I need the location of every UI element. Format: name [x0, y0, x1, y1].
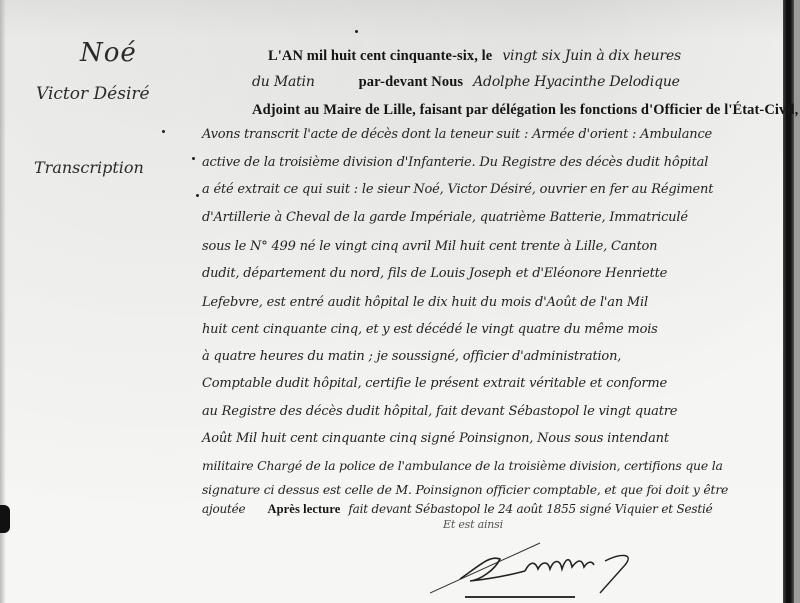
line-4: Avons transcrit l'acte de décès dont la …: [202, 127, 712, 142]
line-8: sous le N° 499 né le vingt cinq avril Mi…: [202, 239, 657, 254]
handwritten-text: du Matin: [252, 74, 315, 90]
binding-edge: [783, 0, 794, 603]
printed-text: par-devant Nous: [359, 74, 464, 90]
ink-speck: [162, 130, 165, 133]
margin-surname: Noé: [80, 38, 137, 68]
handwritten-text: vingt six Juin à dix heures: [502, 48, 681, 64]
line-13: Comptable dudit hôpital, certifie le pré…: [202, 376, 667, 391]
margin-annotation: Transcription: [34, 158, 144, 177]
line-11: huit cent cinquante cinq, et y est décéd…: [202, 322, 658, 337]
margin-given-names: Victor Désiré: [36, 84, 150, 104]
line-6: a été extrait ce qui suit : le sieur Noé…: [202, 182, 713, 197]
line-9: dudit, département du nord, fils de Loui…: [202, 266, 667, 281]
line-12: à quatre heures du matin ; je soussigné,…: [202, 349, 621, 364]
handwritten-text: ajoutée: [202, 502, 245, 516]
ink-blot: [0, 505, 10, 533]
ink-speck: [192, 157, 195, 160]
line-17: signature ci dessus est celle de M. Poin…: [202, 482, 728, 497]
page-margin-right: [794, 0, 800, 603]
printed-text: Après lecture: [267, 502, 340, 516]
line-19: Et est ainsi: [443, 518, 503, 531]
ink-speck: [355, 30, 358, 33]
line-18: ajoutée Après lecture fait devant Sébast…: [202, 500, 713, 518]
line-14: au Registre des décès dudit hôpital, fai…: [202, 404, 677, 419]
line-7: d'Artillerie à Cheval de la garde Impéri…: [202, 210, 688, 225]
handwritten-text: fait devant Sébastopol le 24 août 1855 s…: [348, 502, 712, 516]
line-1: L'AN mil huit cent cinquante-six, le vin…: [268, 47, 681, 65]
line-16: militaire Chargé de la police de l'ambul…: [202, 458, 723, 473]
line-10: Lefebvre, est entré audit hôpital le dix…: [202, 295, 648, 310]
line-5: active de la troisième division d'Infant…: [202, 155, 708, 170]
line-15: Août Mil huit cent cinquante cinq signé …: [202, 431, 669, 446]
line-3-printed: Adjoint au Maire de Lille, faisant par d…: [252, 102, 798, 119]
signature-underline: [465, 596, 575, 598]
ink-speck: [196, 194, 199, 197]
signature: A. Delodique: [430, 535, 680, 595]
line-2: du Matin par-devant Nous Adolphe Hyacint…: [252, 73, 680, 91]
svg-text:A. Delodique: A. Delodique: [520, 553, 526, 556]
printed-text: L'AN mil huit cent cinquante-six, le: [268, 48, 492, 64]
handwritten-text: Adolphe Hyacinthe Delodique: [473, 74, 680, 90]
